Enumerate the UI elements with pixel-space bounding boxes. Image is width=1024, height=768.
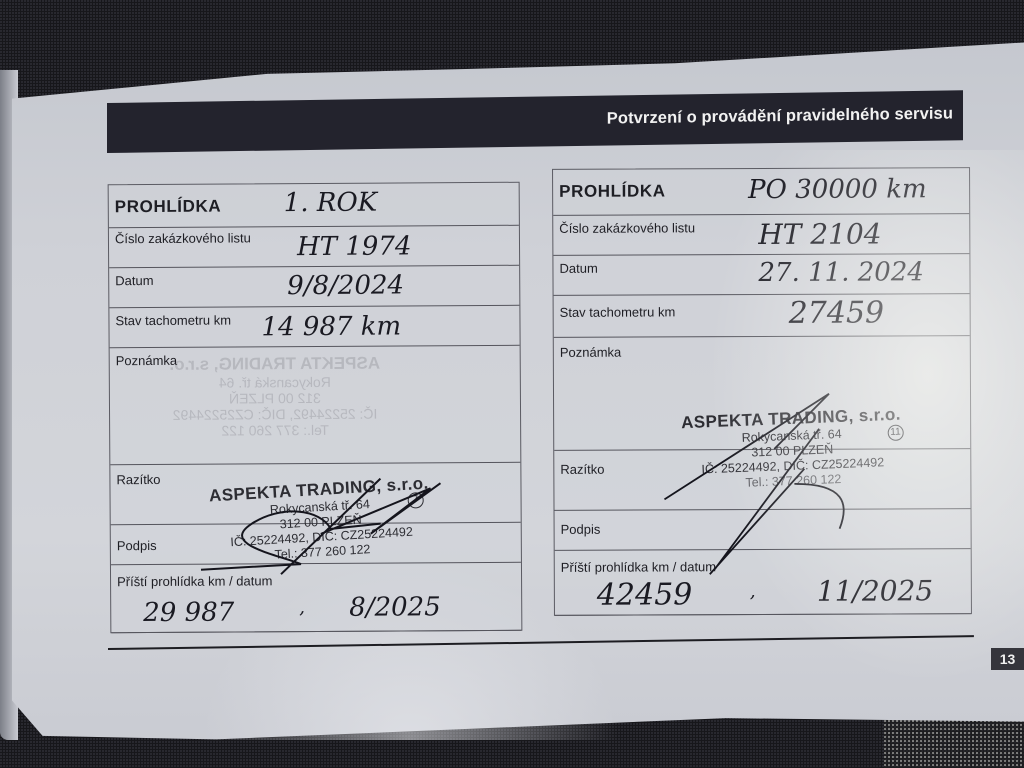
dealer-stamp: ASPEKTA TRADING, s.r.o. Rokycanská tř. 6… [209,474,433,567]
label-order-number: Číslo zakázkového listu [559,220,695,236]
handwritten-next-km: 29 987 [143,597,234,628]
handwritten-next-date: 11/2025 [817,574,933,608]
row-odometer: Stav tachometru km 14 987 km [109,305,519,349]
handwritten-inspection: 1. ROK [284,188,378,219]
row-next-inspection: Příští prohlídka km / datum 29 987 , 8/2… [111,562,521,634]
label-next-inspection: Příští prohlídka km / datum [561,559,716,575]
label-next-inspection: Příští prohlídka km / datum [117,573,272,589]
label-note: Poznámka [560,345,621,360]
label-stamp: Razítko [116,472,160,487]
row-next-inspection: Příští prohlídka km / datum 42459 , 11/2… [555,548,971,616]
handwritten-inspection: PO 30000 km [748,174,927,205]
separator-comma: , [299,597,305,618]
inspection-card-2: PROHLÍDKA PO 30000 km Číslo zakázkového … [552,167,972,616]
label-inspection: PROHLÍDKA [559,181,666,201]
label-inspection: PROHLÍDKA [115,197,222,218]
label-signature: Podpis [561,522,601,537]
handwritten-date: 9/8/2024 [287,270,404,301]
row-odometer: Stav tachometru km 27459 [554,293,970,338]
row-inspection: PROHLÍDKA PO 30000 km [553,168,969,216]
label-stamp: Razítko [560,462,604,477]
handwritten-date: 27. 11. 2024 [758,257,924,288]
inspection-card-1: PROHLÍDKA 1. ROK Číslo zakázkového listu… [108,182,523,634]
handwritten-next-km: 42459 [597,577,693,612]
row-date: Datum 27. 11. 2024 [553,253,969,296]
bleed-through-stamp: ASPEKTA TRADING, s.r.o. Rokycanská tř. 6… [140,353,411,439]
label-date: Datum [559,261,597,276]
page-number: 13 [991,648,1024,670]
handwritten-odometer: 14 987 km [261,311,401,342]
handwritten-order-number: HT 2104 [758,217,881,251]
row-note: Poznámka ASPEKTA TRADING, s.r.o. Rokycan… [110,345,521,466]
label-order-number: Číslo zakázkového listu [115,230,251,246]
row-order-number: Číslo zakázkového listu HT 1974 [109,225,519,269]
separator-comma: , [750,581,756,602]
label-odometer: Stav tachometru km [115,313,231,329]
row-inspection: PROHLÍDKA 1. ROK [109,183,519,229]
handwritten-odometer: 27459 [789,295,885,330]
label-signature: Podpis [117,538,157,553]
dealer-stamp: ASPEKTA TRADING, s.r.o. Rokycanská tř. 6… [681,405,904,494]
label-odometer: Stav tachometru km [560,304,676,320]
handwritten-order-number: HT 1974 [297,231,412,262]
label-date: Datum [115,273,153,288]
row-date: Datum 9/8/2024 [109,265,519,309]
handwritten-next-date: 8/2025 [349,592,441,623]
row-signature: Podpis [555,508,971,551]
row-order-number: Číslo zakázkového listu HT 2104 [553,213,969,256]
page-title: Potvrzení o provádění pravidelného servi… [607,104,953,128]
